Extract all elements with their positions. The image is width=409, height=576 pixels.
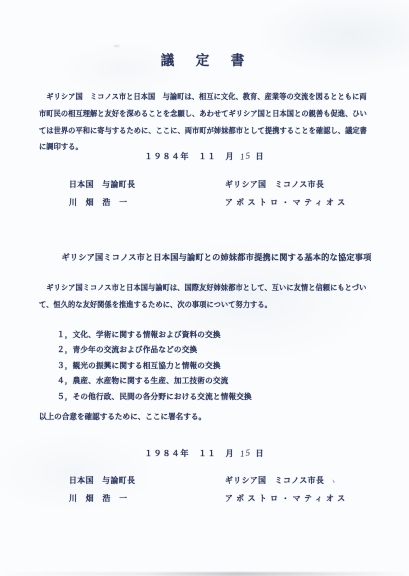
preamble-paragraph: ギリシア国 ミコノス市と日本国 与論町は、相互に文化、教育、産業等の交流を図ると… <box>39 89 367 156</box>
agreement-item: ５，その他行政、民間の各分野における交流と情報交換 <box>57 389 252 404</box>
agreement-item: ３，観光の振興に関する相互協力と情報の交換 <box>57 358 252 373</box>
scanned-document-page: 議 定 書 ギリシア国 ミコノス市と日本国 与論町は、相互に文化、教育、産業等の… <box>0 0 409 576</box>
scan-edge-shadow <box>0 572 409 576</box>
signatory-japan-title: 日本国 与論町長 <box>69 475 135 486</box>
signature-block-japan-second: 日本国 与論町長 川 畑 浩 一 <box>69 475 135 504</box>
handwritten-day: 15 <box>239 447 251 459</box>
agreement-item: ２，青少年の交流および作品などの交換 <box>57 342 252 357</box>
signature-block-japan-first: 日本国 与論町長 川 畑 浩 一 <box>69 179 135 208</box>
signatory-japan-title: 日本国 与論町長 <box>69 179 135 190</box>
signature-block-greece-second: ギリシア国 ミコノス市長ヽ アポストロ・マティオス <box>225 475 349 504</box>
date-line-first: １９８４年 １１ 月15日 <box>0 151 409 162</box>
page-title: 議 定 書 <box>0 49 409 69</box>
signature-block-greece-first: ギリシア国 ミコノス市長 アポストロ・マティオス <box>225 179 349 208</box>
agreement-intro-line: ギリシア国ミコノス市と日本国与論町は、国際友好姉妹都市として、互いに友情と信頼に… <box>39 280 366 297</box>
signatory-greece-name: アポストロ・マティオス <box>225 493 349 504</box>
signatory-greece-title: ギリシア国 ミコノス市長 <box>225 179 349 190</box>
signatory-greece-name: アポストロ・マティオス <box>225 197 349 208</box>
agreement-item: ４，農産、水産物に関する生産、加工技術の交流 <box>57 373 252 388</box>
signatory-greece-title: ギリシア国 ミコノス市長ヽ <box>225 475 349 486</box>
handwritten-day: 15 <box>239 150 251 162</box>
agreement-closing-line: 以上の合意を確認するために、ここに署名する。 <box>39 411 206 422</box>
agreement-item-list: １，文化、学術に関する情報および資料の交換 ２，青少年の交流および作品などの交換… <box>57 327 252 404</box>
agreement-intro-paragraph: ギリシア国ミコノス市と日本国与論町は、国際友好姉妹都市として、互いに友情と信頼に… <box>39 280 366 314</box>
date-prefix: １９８４年 １１ 月 <box>145 152 235 161</box>
date-suffix: 日 <box>256 152 265 161</box>
agreement-heading: ギリシア国ミコノス市と日本国与論町との姉妹都市提携に関する基本的な協定事項 <box>24 252 409 263</box>
agreement-item: １，文化、学術に関する情報および資料の交換 <box>57 327 252 342</box>
preamble-line: 市町民の相互理解と友好を深めることを念願し、あわせてギリシア国と日本国との親善も… <box>39 106 367 123</box>
signatory-japan-name: 川 畑 浩 一 <box>69 493 135 504</box>
date-prefix: １９８４年 １１ 月 <box>145 449 235 458</box>
preamble-line: ギリシア国 ミコノス市と日本国 与論町は、相互に文化、教育、産業等の交流を図ると… <box>39 89 367 106</box>
date-line-second: １９８４年 １１ 月15日 <box>0 448 409 459</box>
signatory-japan-name: 川 畑 浩 一 <box>69 197 135 208</box>
agreement-intro-line: て、恒久的な友好関係を推進するために、次の事項について努力する。 <box>39 297 366 314</box>
scan-speck <box>112 44 121 48</box>
handwritten-tick-mark: ヽ <box>329 476 338 487</box>
date-suffix: 日 <box>256 449 265 458</box>
preamble-line: ては世界の平和に寄与するために、ここに、両市町が姉妹都市として提携することを確認… <box>39 123 367 140</box>
signatory-greece-title-text: ギリシア国 ミコノス市長 <box>225 476 324 485</box>
